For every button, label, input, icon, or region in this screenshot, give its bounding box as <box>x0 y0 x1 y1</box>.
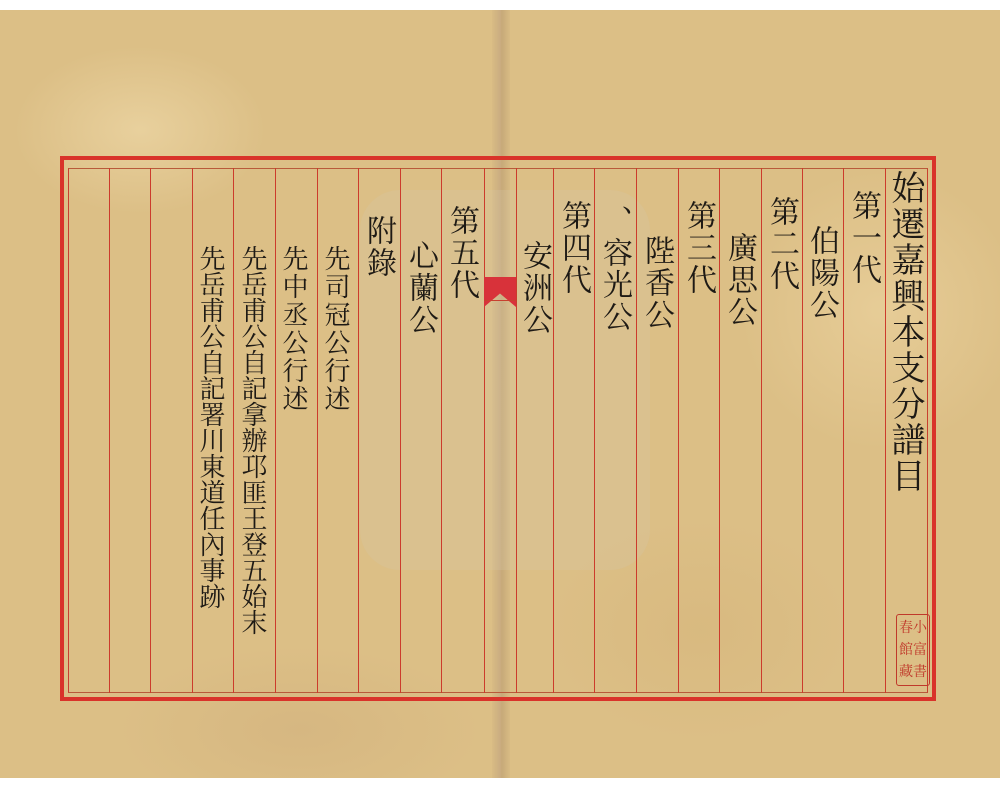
seal-char: 春 <box>899 621 913 635</box>
ancestor-boyang: 伯陽公 <box>806 225 836 321</box>
column-rule <box>400 168 401 693</box>
appendix-item-1: 先司冠公行述 <box>322 245 348 413</box>
appendix-heading: 附錄 <box>363 215 393 279</box>
seal-char: 富 <box>913 643 927 657</box>
column-rule <box>317 168 318 693</box>
column-rule <box>843 168 844 693</box>
column-rule <box>594 168 595 693</box>
generation-2-heading: 第二代 <box>766 196 796 292</box>
column-rule <box>719 168 720 693</box>
generation-4-heading: 第四代 <box>558 200 588 296</box>
column-rule <box>192 168 193 693</box>
appendix-item-3: 先岳甫公自記拿辦邛匪王登五始末 <box>239 245 265 635</box>
ancestor-rongguang: 、容光公 <box>599 205 629 333</box>
seal-char: 小 <box>913 621 927 635</box>
column-rule <box>109 168 110 693</box>
generation-3-heading: 第三代 <box>683 200 713 296</box>
ancestor-guangsi: 廣思公 <box>724 232 754 328</box>
column-rule <box>553 168 554 693</box>
title-column: 始遷嘉興本支分譜目 <box>888 170 922 494</box>
column-rule <box>761 168 762 693</box>
appendix-item-2: 先中丞公行述 <box>280 245 306 413</box>
seal-char: 書 <box>913 665 927 679</box>
generation-5-heading: 第五代 <box>446 205 476 301</box>
column-rule <box>678 168 679 693</box>
column-rule <box>275 168 276 693</box>
column-rule <box>802 168 803 693</box>
column-rule <box>233 168 234 693</box>
column-rule <box>150 168 151 693</box>
ancestor-luxiang: 陛香公 <box>641 235 671 331</box>
column-rule <box>441 168 442 693</box>
column-rule <box>358 168 359 693</box>
fishtail-rule <box>484 300 516 311</box>
collector-seal: 春 小 館 富 藏 書 <box>896 614 930 686</box>
appendix-item-4: 先岳甫公自記署川東道任內事跡 <box>197 245 223 609</box>
seal-char: 館 <box>899 643 913 657</box>
ancestor-anzhou: 安洲公 <box>519 240 549 336</box>
ancestor-xinlan: 心蘭公 <box>405 240 435 336</box>
seal-char: 藏 <box>899 665 913 679</box>
column-rule <box>484 168 485 693</box>
column-rule <box>636 168 637 693</box>
generation-1-heading: 第一代 <box>848 190 878 286</box>
